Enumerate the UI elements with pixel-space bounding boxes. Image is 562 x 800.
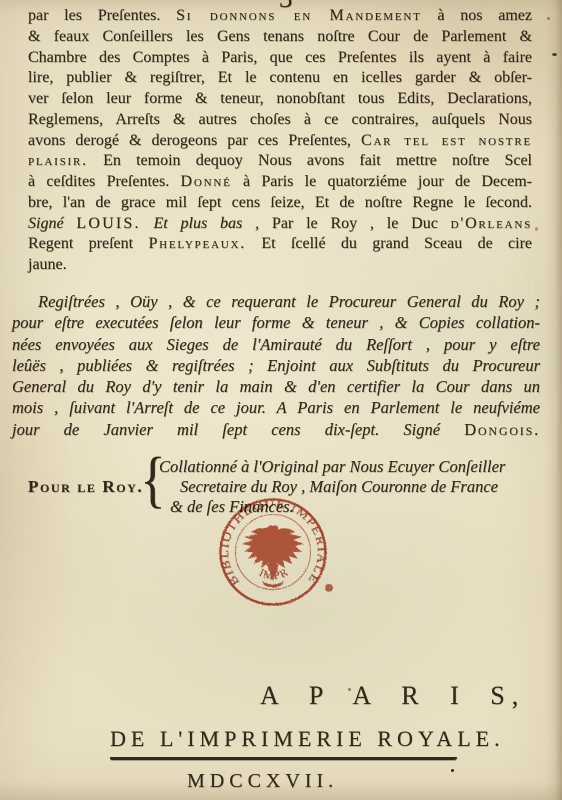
ink-blot (325, 584, 333, 592)
text-segment: à ceſdites Preſentes. (28, 173, 181, 190)
text-segment: jaune. (28, 256, 67, 273)
colophon-year-line: MDCCXVII. (187, 770, 338, 793)
text-line: leûës , publiées & regiſtrées ; Enjoint … (12, 355, 540, 376)
text-line: Reglemens, Arreſts & autres choſes à ce … (28, 110, 532, 131)
text-line: Signé LOUIS. Et plus bas , Par le Roy , … (28, 214, 532, 235)
text-segment: avons derogé & derogeons par ces Preſent… (28, 132, 361, 149)
text-segment: jour de Janvier mil ſept cens dix-ſept. … (12, 420, 464, 439)
paper-speck (535, 227, 538, 231)
text-segment: Regent preſent (28, 235, 148, 252)
text-segment: Et ſcellé du grand Sceau de cire (246, 235, 532, 252)
text-segment: Chambre des Comptes à Paris, que ces Pre… (28, 49, 532, 66)
colophon-printer-line: DE L'IMPRIMERIE ROYALE. (110, 726, 505, 752)
text-line: Regiſtrées , Oüy , & ce requerant le Pro… (12, 291, 540, 312)
text-segment: ver ſelon leur forme & teneur, nonobſtan… (28, 90, 532, 107)
text-segment: nées envoyées aux Sieges de l'Amirauté d… (12, 335, 540, 354)
text-segment: plaisir. (28, 152, 88, 169)
text-line: General du Roy d'y tenir la main & d'en … (12, 376, 540, 397)
text-segment: bre, l'an de grace mil ſept cens ſeize, … (28, 194, 532, 211)
text-segment: Phelypeaux. (148, 235, 246, 252)
text-segment: Si donnons en Mandement (176, 7, 422, 24)
text-segment: & feaux Conſeillers les Gens tenans noſt… (28, 28, 532, 45)
text-segment: Regiſtrées , Oüy , & ce requerant le Pro… (38, 292, 540, 311)
pour-le-roy-label: Pour le Roy. (28, 477, 143, 497)
paper-speck (348, 688, 351, 691)
text-segment: pour eſtre executées ſelon leur forme & … (12, 313, 540, 332)
text-segment: par les Preſentes. (28, 7, 176, 24)
stamp-text-group: BIBLIOTHEQUE IMPERIALE IMPR. (213, 496, 333, 592)
text-segment: En temoin dequoy Nous avons fait mettre … (88, 152, 532, 169)
text-line: jaune. (28, 255, 532, 276)
text-line: à ceſdites Preſentes. Donné à Paris le q… (28, 172, 532, 193)
library-stamp: BIBLIOTHEQUE IMPERIALE IMPR. (213, 496, 339, 606)
royal-edict-paragraph: par les Preſentes. Si donnons en Mandeme… (28, 6, 532, 276)
text-line: avons derogé & derogeons par ces Preſent… (28, 131, 532, 152)
text-segment: lire, publier & regiſtrer, Et le contenu… (28, 69, 532, 86)
text-segment: leûës , publiées & regiſtrées ; Enjoint … (12, 356, 540, 375)
paper-speck (547, 17, 550, 20)
text-line: Chambre des Comptes à Paris, que ces Pre… (28, 48, 532, 69)
text-segment: d'Orleans (451, 215, 532, 232)
text-line: Collationné à l'Original par Nous Ecuyer… (159, 457, 543, 477)
text-segment: Reglemens, Arreſts & autres choſes à ce … (28, 111, 532, 128)
text-segment: Donné (181, 173, 232, 190)
text-segment: LOUIS. (76, 215, 140, 232)
text-segment: Par le Roy , le Duc (259, 215, 451, 232)
text-segment: Signé (28, 215, 76, 232)
text-line: mois , ſuivant l'Arreſt de ce jour. A Pa… (12, 397, 540, 418)
paper-speck (451, 769, 454, 772)
text-line: & feaux Conſeillers les Gens tenans noſt… (28, 27, 532, 48)
text-segment: mois , ſuivant l'Arreſt de ce jour. A Pa… (12, 398, 540, 417)
text-line: pour eſtre executées ſelon leur forme & … (12, 312, 540, 333)
text-line: ver ſelon leur forme & teneur, nonobſtan… (28, 89, 532, 110)
colophon-rule (110, 757, 457, 760)
text-segment: à nos amez (422, 7, 532, 24)
text-line: Secretaire du Roy , Maiſon Couronne de F… (159, 477, 543, 497)
registration-paragraph: Regiſtrées , Oüy , & ce requerant le Pro… (12, 291, 540, 440)
colophon-city-line: A P A R I S, (260, 681, 525, 711)
text-line: jour de Janvier mil ſept cens dix-ſept. … (12, 419, 540, 440)
text-segment: Dongois. (464, 420, 540, 439)
text-line: Regent preſent Phelypeaux. Et ſcellé du … (28, 234, 532, 255)
text-segment: Et plus bas , (141, 215, 259, 232)
text-segment: General du Roy d'y tenir la main & d'en … (12, 377, 540, 396)
paper-speck (552, 53, 557, 56)
text-line: par les Preſentes. Si donnons en Mandeme… (28, 6, 532, 27)
scanned-book-page: 3 par les Preſentes. Si donnons en Mande… (0, 0, 562, 800)
imperial-eagle-icon (242, 525, 304, 587)
text-segment: Car tel est nostre (361, 132, 532, 149)
text-line: bre, l'an de grace mil ſept cens ſeize, … (28, 193, 532, 214)
text-segment: à Paris le quatorziéme jour de Decem- (232, 173, 532, 190)
text-line: nées envoyées aux Sieges de l'Amirauté d… (12, 334, 540, 355)
text-line: plaisir. En temoin dequoy Nous avons fai… (28, 151, 532, 172)
text-line: lire, publier & regiſtrer, Et le contenu… (28, 68, 532, 89)
